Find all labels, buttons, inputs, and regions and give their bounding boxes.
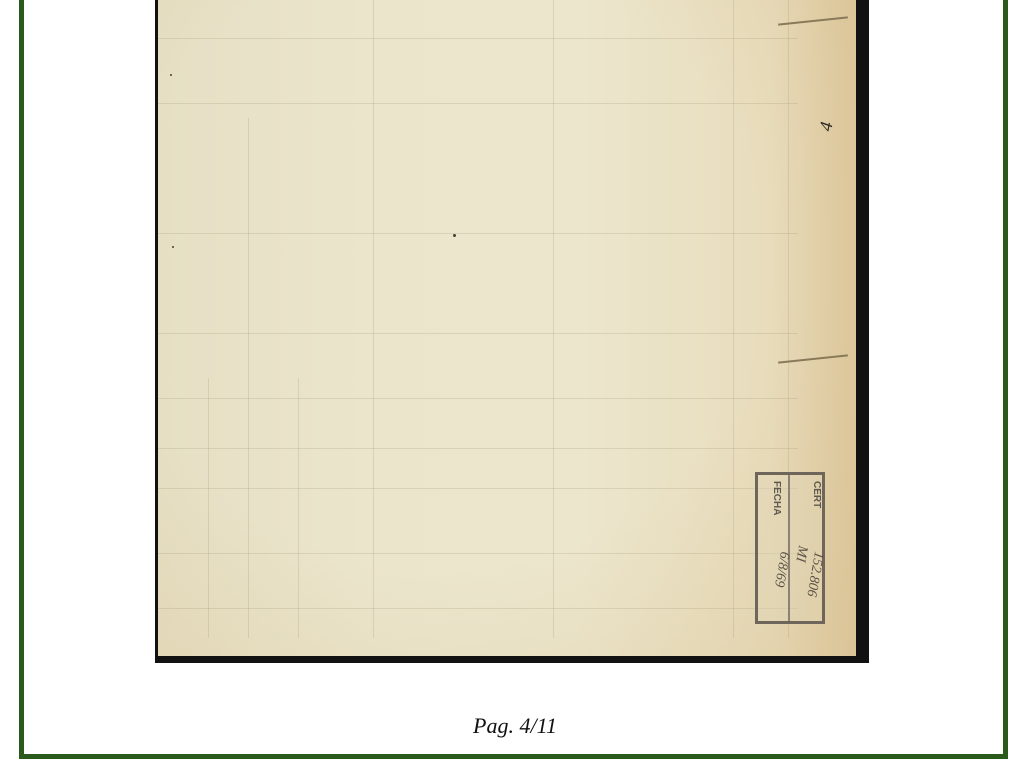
grid-line	[158, 38, 798, 39]
grid-line	[553, 0, 554, 638]
grid-line	[158, 233, 798, 234]
grid-line	[248, 118, 249, 638]
paper-speck	[453, 234, 456, 237]
grid-line	[158, 333, 798, 334]
grid-line	[158, 488, 798, 489]
page-indicator: Pag. 4/11	[0, 713, 1024, 739]
grid-line	[158, 553, 798, 554]
grid-line	[158, 448, 798, 449]
stamp-label-cert: CERT	[811, 481, 822, 508]
aged-paper: 4 CERT FECHA 152.806 MI 6/8/69	[158, 0, 856, 656]
stamp-divider	[788, 475, 790, 621]
stamp-handwritten-initials: MI	[791, 544, 810, 563]
archive-stamp: CERT FECHA 152.806 MI 6/8/69	[755, 472, 825, 624]
grid-line	[158, 398, 798, 399]
grid-line	[373, 0, 374, 638]
paper-speck	[172, 246, 174, 248]
stamp-label-fecha: FECHA	[771, 481, 782, 515]
paper-speck	[170, 74, 172, 76]
grid-line	[158, 103, 798, 104]
grid-line	[158, 608, 798, 609]
grid-line	[208, 378, 209, 638]
grid-line	[733, 0, 734, 638]
scanned-page-image: 4 CERT FECHA 152.806 MI 6/8/69	[155, 0, 869, 663]
grid-line	[298, 378, 299, 638]
handwritten-page-number: 4	[815, 120, 837, 133]
